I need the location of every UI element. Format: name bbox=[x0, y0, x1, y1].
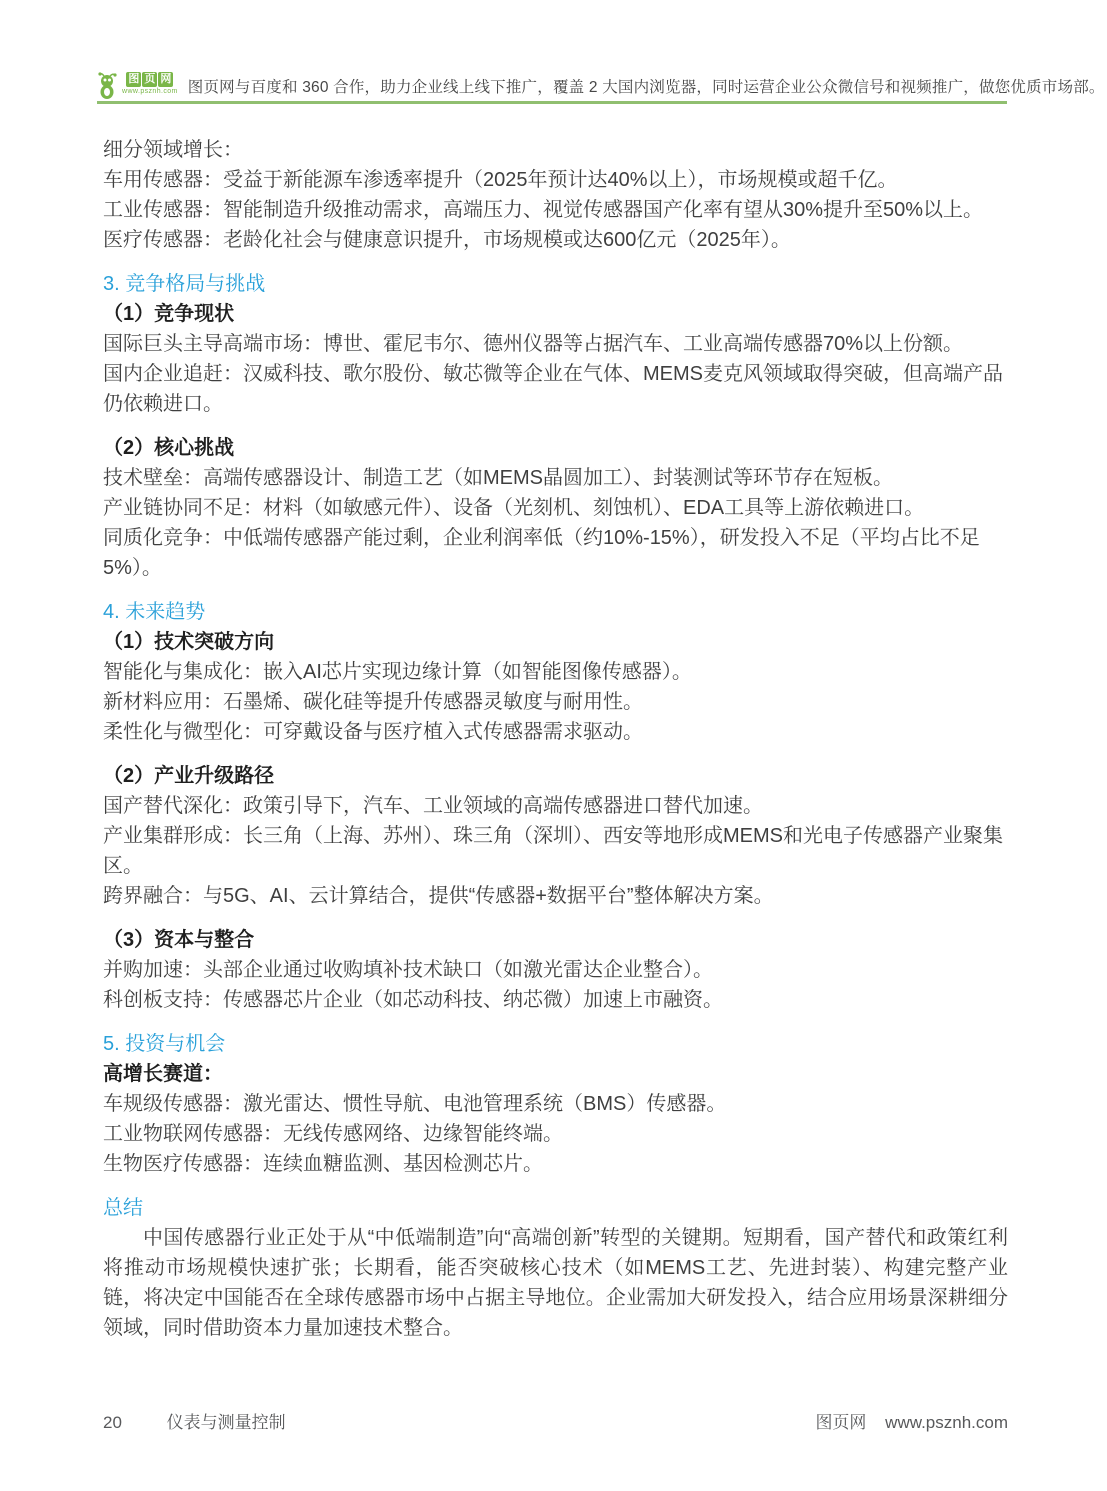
text-line: 科创板支持：传感器芯片企业（如芯动科技、纳芯微）加速上市融资。 bbox=[103, 985, 1008, 1015]
journal-title: 仪表与测量控制 bbox=[167, 1413, 286, 1432]
text-line: 技术壁垒：高端传感器设计、制造工艺（如MEMS晶圆加工）、封装测试等环节存在短板… bbox=[103, 463, 1008, 493]
section-title: 总结 bbox=[103, 1193, 1008, 1223]
page-header: 图页网 www.psznh.com 图页网与百度和 360 合作，助力企业线上线… bbox=[97, 70, 1007, 102]
text-line: 国内企业追赶：汉威科技、歌尔股份、敏芯微等企业在气体、MEMS麦克风领域取得突破… bbox=[103, 359, 1008, 419]
text-line: 生物医疗传感器：连续血糖监测、基因检测芯片。 bbox=[103, 1149, 1008, 1179]
document-body: 细分领域增长：车用传感器：受益于新能源车渗透率提升（2025年预计达40%以上）… bbox=[103, 135, 1008, 1343]
section-block: （2）产业升级路径国产替代深化：政策引导下，汽车、工业领域的高端传感器进口替代加… bbox=[103, 761, 1008, 911]
text-line: 国产替代深化：政策引导下，汽车、工业领域的高端传感器进口替代加速。 bbox=[103, 791, 1008, 821]
brand-name: 图页网 bbox=[126, 72, 173, 87]
subsection-heading: 高增长赛道： bbox=[103, 1059, 1008, 1089]
footer-right: 图页网 www.psznh.com bbox=[815, 1408, 1008, 1433]
brand-text: 图页网 www.psznh.com bbox=[122, 72, 178, 95]
text-line: 车规级传感器：激光雷达、惯性导航、电池管理系统（BMS）传感器。 bbox=[103, 1089, 1008, 1119]
mascot-icon bbox=[97, 72, 119, 100]
section-title: 4. 未来趋势 bbox=[103, 597, 1008, 627]
text-line: 跨界融合：与5G、AI、云计算结合，提供“传感器+数据平台”整体解决方案。 bbox=[103, 881, 1008, 911]
section-block: 4. 未来趋势（1）技术突破方向智能化与集成化：嵌入AI芯片实现边缘计算（如智能… bbox=[103, 597, 1008, 747]
text-line: 同质化竞争：中低端传感器产能过剩，企业利润率低（约10%-15%），研发投入不足… bbox=[103, 523, 1008, 583]
header-divider bbox=[97, 101, 1007, 104]
document-page: 图页网 www.psznh.com 图页网与百度和 360 合作，助力企业线上线… bbox=[0, 0, 1107, 1491]
text-line: 国际巨头主导高端市场：博世、霍尼韦尔、德州仪器等占据汽车、工业高端传感器70%以… bbox=[103, 329, 1008, 359]
brand-name-char: 图 bbox=[126, 72, 141, 87]
section-title: 3. 竞争格局与挑战 bbox=[103, 269, 1008, 299]
section-title: 5. 投资与机会 bbox=[103, 1029, 1008, 1059]
text-line: 并购加速：头部企业通过收购填补技术缺口（如激光雷达企业整合）。 bbox=[103, 955, 1008, 985]
text-line: 车用传感器：受益于新能源车渗透率提升（2025年预计达40%以上），市场规模或超… bbox=[103, 165, 1008, 195]
page-footer: 20 仪表与测量控制 图页网 www.psznh.com bbox=[103, 1408, 1008, 1433]
text-line: 柔性化与微型化：可穿戴设备与医疗植入式传感器需求驱动。 bbox=[103, 717, 1008, 747]
subsection-heading: （2）产业升级路径 bbox=[103, 761, 1008, 791]
section-block: （3）资本与整合并购加速：头部企业通过收购填补技术缺口（如激光雷达企业整合）。科… bbox=[103, 925, 1008, 1015]
page-number: 20 bbox=[103, 1413, 122, 1432]
footer-left: 20 仪表与测量控制 bbox=[103, 1408, 286, 1433]
summary-paragraph: 中国传感器行业正处于从“中低端制造”向“高端创新”转型的关键期。短期看，国产替代… bbox=[103, 1223, 1008, 1343]
subsection-heading: （3）资本与整合 bbox=[103, 925, 1008, 955]
brand-name-char: 网 bbox=[158, 72, 173, 87]
section-block: （2）核心挑战技术壁垒：高端传感器设计、制造工艺（如MEMS晶圆加工）、封装测试… bbox=[103, 433, 1008, 583]
text-line: 产业集群形成：长三角（上海、苏州）、珠三角（深圳）、西安等地形成MEMS和光电子… bbox=[103, 821, 1008, 881]
subsection-heading: （2）核心挑战 bbox=[103, 433, 1008, 463]
section-block: 总结中国传感器行业正处于从“中低端制造”向“高端创新”转型的关键期。短期看，国产… bbox=[103, 1193, 1008, 1343]
brand-name-char: 页 bbox=[142, 72, 157, 87]
text-line: 工业物联网传感器：无线传感网络、边缘智能终端。 bbox=[103, 1119, 1008, 1149]
text-line: 医疗传感器：老龄化社会与健康意识提升，市场规模或达600亿元（2025年）。 bbox=[103, 225, 1008, 255]
text-line: 产业链协同不足：材料（如敏感元件）、设备（光刻机、刻蚀机）、EDA工具等上游依赖… bbox=[103, 493, 1008, 523]
section-block: 3. 竞争格局与挑战（1）竞争现状国际巨头主导高端市场：博世、霍尼韦尔、德州仪器… bbox=[103, 269, 1008, 419]
brand-logo: 图页网 www.psznh.com bbox=[97, 72, 178, 100]
footer-site-url: www.psznh.com bbox=[885, 1413, 1008, 1432]
text-line: 新材料应用：石墨烯、碳化硅等提升传感器灵敏度与耐用性。 bbox=[103, 687, 1008, 717]
header-tagline: 图页网与百度和 360 合作，助力企业线上线下推广，覆盖 2 大国内浏览器，同时… bbox=[188, 75, 1105, 97]
brand-url: www.psznh.com bbox=[122, 88, 178, 95]
intro-block: 细分领域增长：车用传感器：受益于新能源车渗透率提升（2025年预计达40%以上）… bbox=[103, 135, 1008, 255]
section-block: 5. 投资与机会高增长赛道：车规级传感器：激光雷达、惯性导航、电池管理系统（BM… bbox=[103, 1029, 1008, 1179]
text-line: 工业传感器：智能制造升级推动需求，高端压力、视觉传感器国产化率有望从30%提升至… bbox=[103, 195, 1008, 225]
subsection-heading: （1）技术突破方向 bbox=[103, 627, 1008, 657]
text-line: 细分领域增长： bbox=[103, 135, 1008, 165]
footer-site-name: 图页网 bbox=[815, 1413, 866, 1432]
text-line: 智能化与集成化：嵌入AI芯片实现边缘计算（如智能图像传感器）。 bbox=[103, 657, 1008, 687]
subsection-heading: （1）竞争现状 bbox=[103, 299, 1008, 329]
